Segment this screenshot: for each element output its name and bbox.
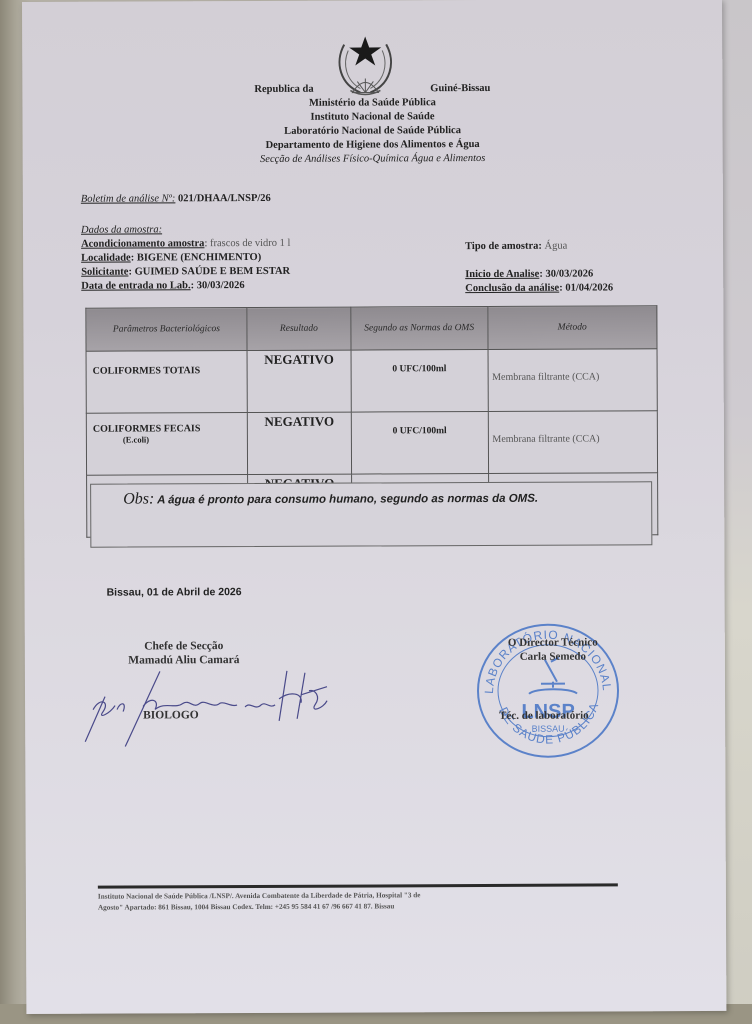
handwritten-signature [65,661,335,752]
method-cell: Membrana filtrante (CCA) [488,411,658,474]
table-row: COLIFORMES TOTAIS NEGATIVO 0 UFC/100ml M… [86,349,657,413]
norm-cell: 0 UFC/100ml [351,411,488,474]
analysis-start-row: Inicio de Analise: 30/03/2026 [465,267,613,282]
packaging-value: frascos de vidro 1 l [210,238,291,249]
institution-header: Republica da Guiné-Bissau Ministério da … [212,82,532,167]
department-line: Departamento de Higiene dos Alimentos e … [213,138,533,153]
svg-text:BISSAU: BISSAU [532,724,565,734]
place-date: Bissau, 01 de Abril de 2026 [107,586,242,599]
packaging-row: Acondicionamento amostra: frascos de vid… [81,237,290,252]
header-parameters: Parâmetros Bacteriológicos [86,308,247,352]
sample-type-value: Água [544,241,567,252]
entry-date-value: 30/03/2026 [197,280,245,291]
bulletin-value: 021/DHAA/LNSP/26 [178,193,271,204]
ministry-line: Ministério da Saúde Pública [212,96,532,111]
sample-type-row: Tipo de amostra: Água [465,239,613,254]
method-cell: Membrana filtrante (CCA) [488,349,658,412]
norm-cell: 0 UFC/100ml [351,349,488,412]
locality-label: Localidade [81,253,131,264]
document-page: Republica da Guiné-Bissau Ministério da … [22,0,726,1014]
institute-line: Instituto Nacional de Saúde [212,110,532,125]
analysis-start-label: Inicio de Analise [465,269,539,280]
footer-divider [98,883,618,888]
table-header-row: Parâmetros Bacteriológicos Resultado Seg… [86,306,657,351]
director-title: O Director Técnico [493,635,613,650]
header-method: Método [487,306,657,350]
republic-right-text: Guiné-Bissau [430,82,490,96]
footer-address: Instituto Nacional de Saúde Pública /LNS… [98,890,558,914]
analysis-start-value: 30/03/2026 [545,269,593,280]
sample-data: Dados da amostra: Acondicionamento amost… [81,223,291,294]
observation-text: Obs: A água é pronto para consumo humano… [123,489,538,509]
param-cell: COLIFORMES FECAIS(E.coli) [86,413,247,476]
table-row: COLIFORMES FECAIS(E.coli) NEGATIVO 0 UFC… [86,411,657,475]
director-block: O Director Técnico Carla Semedo [493,635,613,664]
director-role: Téc. de laboratório [499,710,589,722]
section-line: Secção de Análises Físico-Química Água e… [213,152,533,167]
bulletin-number: Boletim de análise Nº: 021/DHAA/LNSP/26 [81,193,271,205]
analysis-end-value: 01/04/2026 [565,282,613,293]
requester-row: Solicitante: GUIMED SAÚDE E BEM ESTAR [81,265,290,280]
locality-value: BIGENE (ENCHIMENTO) [137,252,261,264]
param-cell: COLIFORMES TOTAIS [86,351,247,414]
sample-section-title: Dados da amostra: [81,223,290,238]
analysis-end-label: Conclusão da análise [465,283,559,294]
analysis-end-row: Conclusão da análise: 01/04/2026 [465,281,613,296]
requester-value: GUIMED SAÚDE E BEM ESTAR [135,266,291,278]
observation-label: Obs: [123,490,154,507]
header-result: Resultado [247,307,351,350]
observation-box: Obs: A água é pronto para consumo humano… [90,481,652,547]
director-name: Carla Semedo [493,649,613,664]
packaging-label: Acondicionamento amostra [81,238,204,250]
result-cell: NEGATIVO [247,412,351,474]
bulletin-label: Boletim de análise Nº: [81,193,176,204]
result-cell: NEGATIVO [247,350,351,412]
laboratory-line: Laboratório Nacional de Saúde Pública [213,124,533,139]
locality-row: Localidade: BIGENE (ENCHIMENTO) [81,251,290,266]
republic-left-text: Republica da [254,83,313,97]
observation-value: A água é pronto para consumo humano, seg… [157,493,538,507]
sample-type-label: Tipo de amostra: [465,241,542,252]
requester-label: Solicitante [81,267,128,278]
footer-line-2: Agosto" Apartado: 861 Bissau, 1004 Bissa… [98,901,558,914]
header-who-norm: Segundo as Normas da OMS [351,306,488,350]
entry-date-row: Data de entrada no Lab.: 30/03/2026 [81,279,290,294]
section-chief-title: Chefe de Secção [109,639,259,654]
analysis-info: Tipo de amostra: Água Inicio de Analise:… [465,239,613,296]
entry-date-label: Data de entrada no Lab. [81,280,190,291]
